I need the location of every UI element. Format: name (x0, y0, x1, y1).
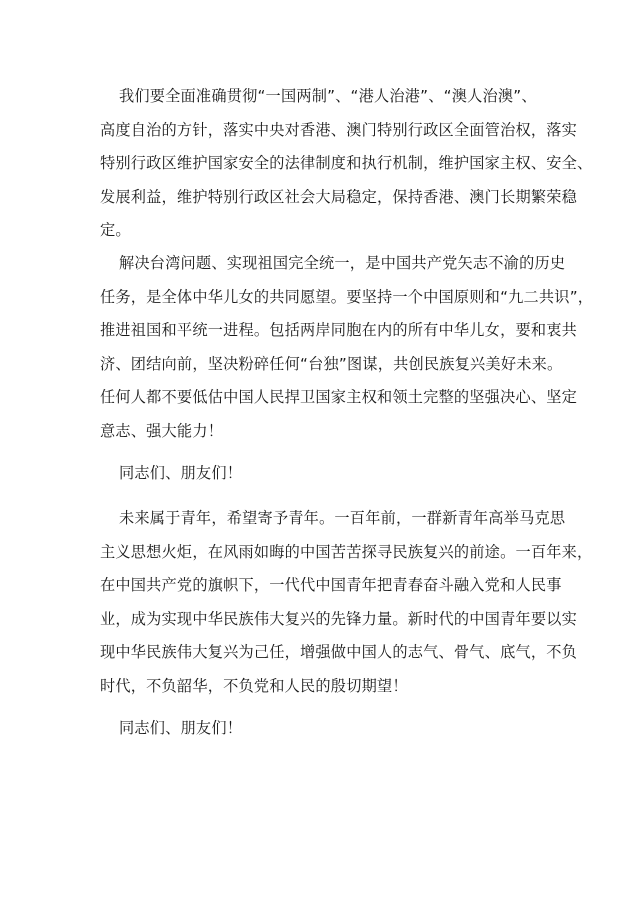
paragraph-taiwan: 解决台湾问题、实现祖国完全统一，是中国共产党矢志不渝的历史 任务，是全体中华儿女… (100, 247, 545, 448)
document-page: 我们要全面准确贯彻“一国两制”、“港人治港”、“澳人治澳”、 高度自治的方针，落… (0, 0, 636, 900)
text-line: 我们要全面准确贯彻“一国两制”、“港人治港”、“澳人治澳”、 (100, 80, 545, 114)
text-line: 济、团结向前，坚决粉碎任何“台独”图谋，共创民族复兴美好未来。 (100, 348, 545, 382)
text-line: 业，成为实现中华民族伟大复兴的先锋力量。新时代的中国青年要以实 (100, 603, 545, 637)
text-line: 任何人都不要低估中国人民捍卫国家主权和领土完整的坚强决心、坚定 (100, 381, 545, 415)
text-line: 高度自治的方针，落实中央对香港、澳门特别行政区全面管治权，落实 (100, 114, 545, 148)
paragraph-hong-kong-macao: 我们要全面准确贯彻“一国两制”、“港人治港”、“澳人治澳”、 高度自治的方针，落… (100, 80, 545, 248)
paragraph-youth: 未来属于青年，希望寄予青年。一百年前，一群新青年高举马克思 主义思想火炬，在风雨… (100, 502, 545, 703)
text-line: 在中国共产党的旗帜下，一代代中国青年把青春奋斗融入党和人民事 (100, 569, 545, 603)
text-line: 同志们、朋友们！ (100, 457, 545, 491)
text-line: 意志、强大能力！ (100, 415, 545, 449)
text-line: 未来属于青年，希望寄予青年。一百年前，一群新青年高举马克思 (100, 502, 545, 536)
text-line: 推进祖国和平统一进程。包括两岸同胞在内的所有中华儿女，要和衷共 (100, 314, 545, 348)
text-line: 发展利益，维护特别行政区社会大局稳定，保持香港、澳门长期繁荣稳 (100, 181, 545, 215)
text-line: 任务，是全体中华儿女的共同愿望。要坚持一个中国原则和“九二共识”， (100, 281, 545, 315)
text-line: 时代，不负韶华，不负党和人民的殷切期望！ (100, 670, 545, 704)
text-line: 主义思想火炬，在风雨如晦的中国苦苦探寻民族复兴的前途。一百年来， (100, 536, 545, 570)
paragraph-salutation-1: 同志们、朋友们！ (100, 457, 545, 491)
text-line: 现中华民族伟大复兴为己任，增强做中国人的志气、骨气、底气，不负 (100, 636, 545, 670)
text-line: 特别行政区维护国家安全的法律制度和执行机制，维护国家主权、安全、 (100, 147, 545, 181)
paragraph-salutation-2: 同志们、朋友们！ (100, 712, 545, 746)
text-line: 同志们、朋友们！ (100, 712, 545, 746)
text-line: 解决台湾问题、实现祖国完全统一，是中国共产党矢志不渝的历史 (100, 247, 545, 281)
text-line: 定。 (100, 214, 545, 248)
